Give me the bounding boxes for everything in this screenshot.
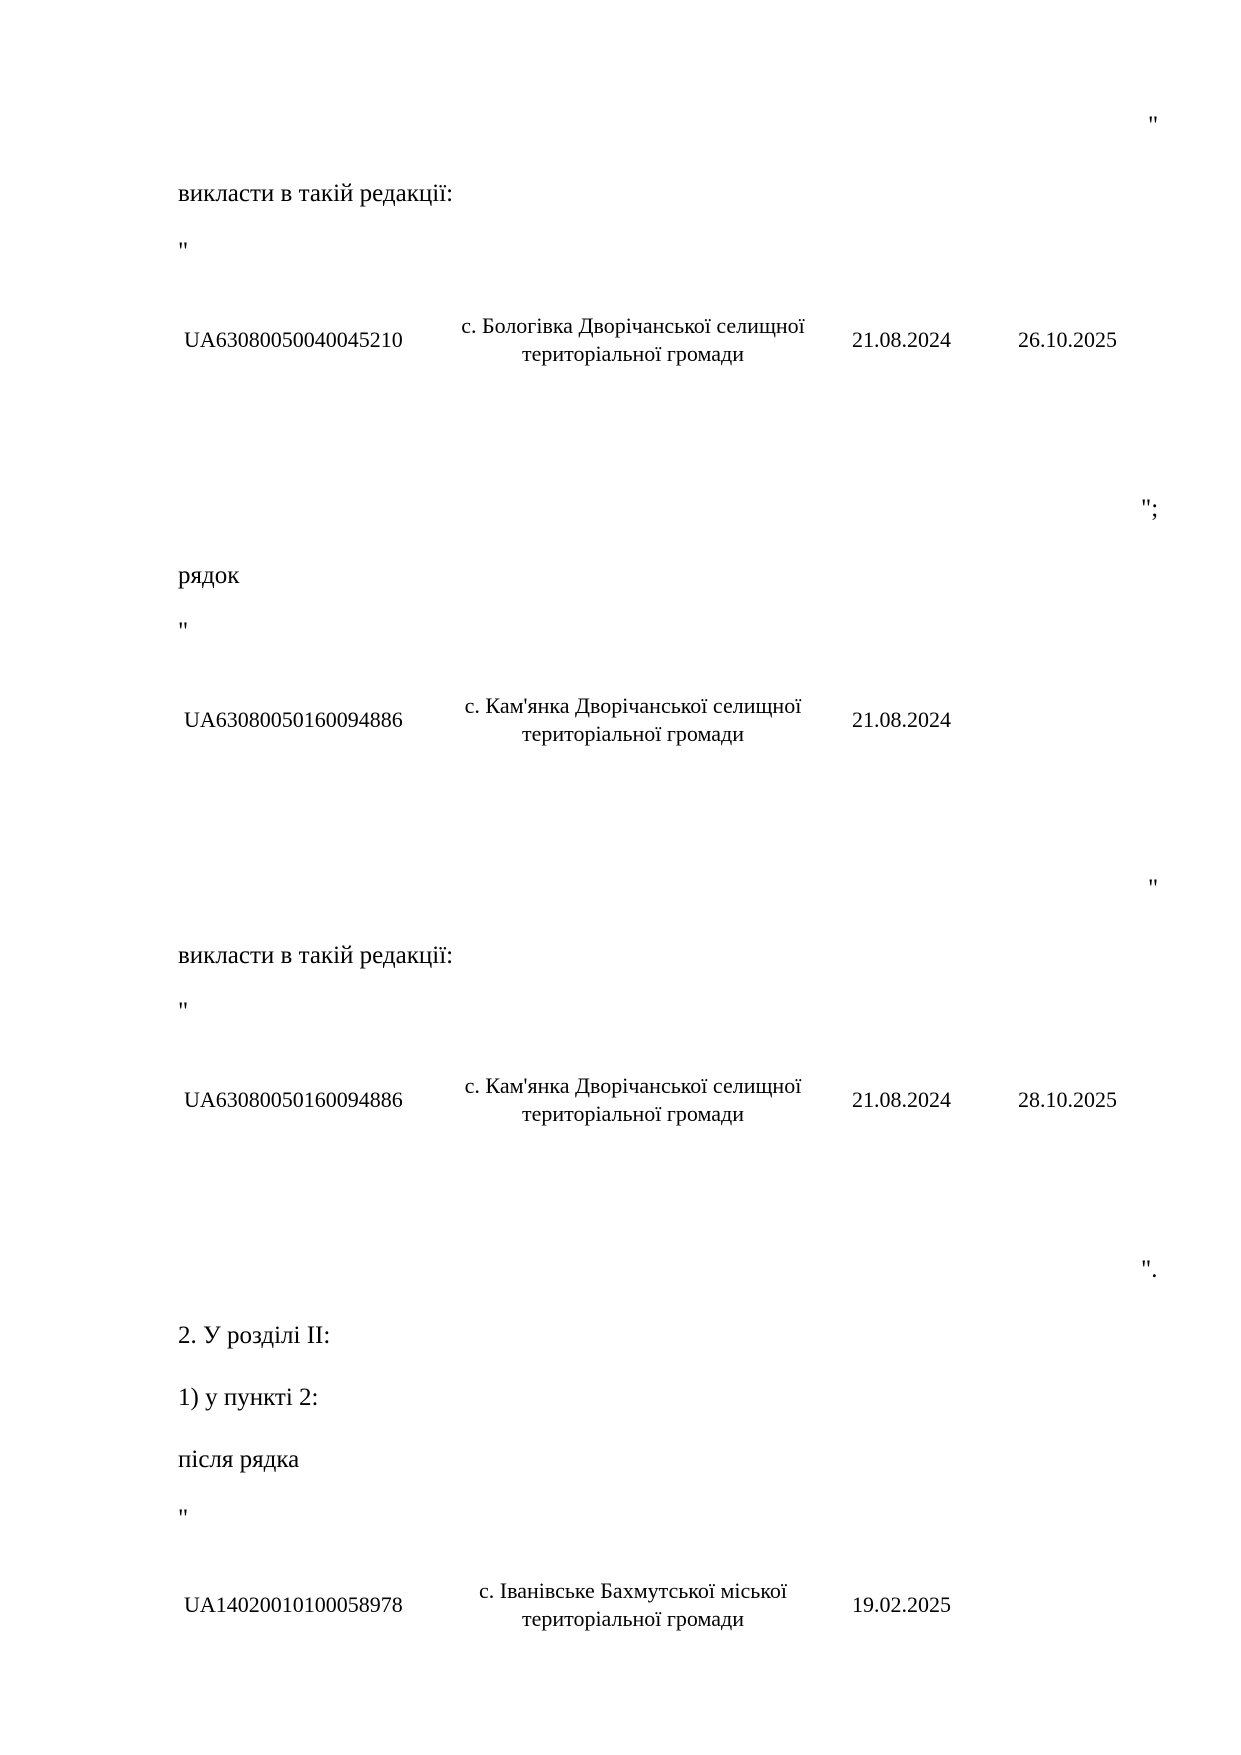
date-start: 21.08.2024	[852, 707, 951, 733]
territory-code: UA63080050160094886	[184, 707, 403, 733]
date-start: 19.02.2025	[852, 1592, 951, 1618]
closing-quote: ".	[1141, 1256, 1157, 1284]
table-row: UA14020010100058978 с. Іванівське Бахмут…	[0, 1570, 1241, 1640]
territory-description: с. Іванівське Бахмутської міської терито…	[448, 1577, 818, 1633]
territory-description: с. Бологівка Дворічанської селищної тери…	[448, 312, 818, 368]
date-end: 28.10.2025	[1018, 1087, 1117, 1113]
territory-code: UA63080050160094886	[184, 1087, 403, 1113]
territory-code: UA63080050040045210	[184, 327, 403, 353]
date-start: 21.08.2024	[852, 327, 951, 353]
paragraph-instruction: викласти в такій редакції:	[178, 180, 453, 208]
section-heading: 2. У розділі II:	[178, 1322, 330, 1350]
table-row: UA63080050040045210 с. Бологівка Дворіча…	[0, 305, 1241, 375]
date-end: 26.10.2025	[1018, 327, 1117, 353]
table-row: UA63080050160094886 с. Кам'янка Дворічан…	[0, 685, 1241, 755]
table-row: UA63080050160094886 с. Кам'янка Дворічан…	[0, 1065, 1241, 1135]
closing-quote: "	[1148, 875, 1158, 903]
subsection-heading: 1) у пункті 2:	[178, 1384, 318, 1412]
territory-description: с. Кам'янка Дворічанської селищної терит…	[448, 1072, 818, 1128]
paragraph-instruction: викласти в такій редакції:	[178, 942, 453, 970]
opening-quote: "	[178, 238, 188, 266]
closing-quote: "	[1148, 112, 1158, 140]
paragraph-instruction: рядок	[178, 562, 239, 590]
opening-quote: "	[178, 1505, 188, 1533]
closing-quote: ";	[1141, 495, 1158, 523]
date-start: 21.08.2024	[852, 1087, 951, 1113]
territory-code: UA14020010100058978	[184, 1592, 403, 1618]
opening-quote: "	[178, 998, 188, 1026]
opening-quote: "	[178, 618, 188, 646]
territory-description: с. Кам'янка Дворічанської селищної терит…	[448, 692, 818, 748]
paragraph-instruction: після рядка	[178, 1446, 299, 1474]
